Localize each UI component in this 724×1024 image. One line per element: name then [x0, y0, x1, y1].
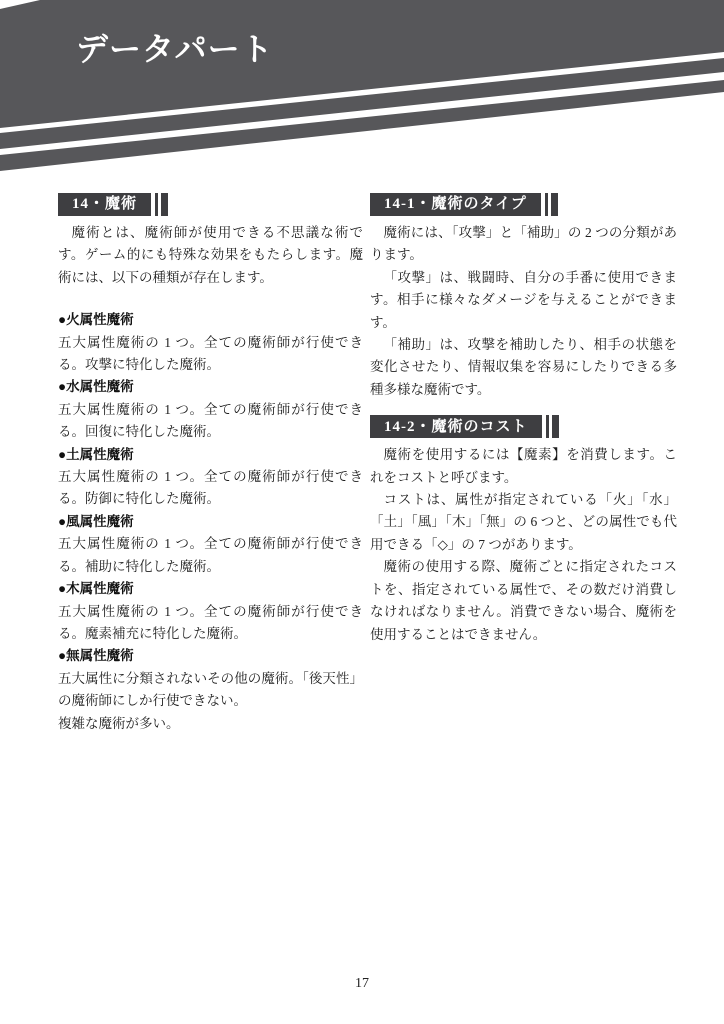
section-14-1-paragraph: 「補助」は、攻撃を補助したり、相手の状態を変化させたり、情報収集を容易にしたりで… — [370, 334, 677, 401]
section-14-2-paragraph: 魔術の使用する際、魔術ごとに指定されたコストを、指定されている属性で、その数だけ… — [370, 556, 677, 646]
section-14-1-heading: 14-1・魔術のタイプ — [370, 193, 677, 216]
heading-bar-thin-icon — [546, 415, 549, 438]
list-item-wood: ●木属性魔術 五大属性魔術の 1 つ。全ての魔術師が行使できる。魔素補充に特化し… — [58, 578, 363, 645]
section-14-2: 14-2・魔術のコスト 魔術を使用するには【魔素】を消費します。これをコストと呼… — [370, 415, 677, 646]
list-item-heading: ●木属性魔術 — [58, 578, 363, 600]
list-item-heading: ●風属性魔術 — [58, 511, 363, 533]
list-item-earth: ●土属性魔術 五大属性魔術の 1 つ。全ての魔術師が行使できる。防御に特化した魔… — [58, 444, 363, 511]
page-title: データパート — [76, 24, 274, 70]
list-item-water: ●水属性魔術 五大属性魔術の 1 つ。全ての魔術師が行使できる。回復に特化した魔… — [58, 376, 363, 443]
section-14: 14・魔術 魔術とは、魔術師が使用できる不思議な術です。ゲーム的にも特殊な効果を… — [58, 193, 363, 289]
list-item-none: ●無属性魔術 五大属性に分類されないその他の魔術。「後天性」の魔術師にしか行使で… — [58, 645, 363, 735]
list-item-heading: ●火属性魔術 — [58, 309, 363, 331]
right-column: 14-1・魔術のタイプ 魔術には、「攻撃」と「補助」の 2 つの分類があります。… — [370, 193, 677, 646]
document-page: データパート 14・魔術 魔術とは、魔術師が使用できる不思議な術です。ゲーム的に… — [0, 0, 724, 1024]
section-14-paragraph: 魔術とは、魔術師が使用できる不思議な術です。ゲーム的にも特殊な効果をもたらします… — [58, 222, 363, 289]
list-item-body: 五大属性魔術の 1 つ。全ての魔術師が行使できる。補助に特化した魔術。 — [58, 533, 363, 578]
page-number: 17 — [0, 976, 724, 992]
list-item-heading: ●土属性魔術 — [58, 444, 363, 466]
list-item-heading: ●水属性魔術 — [58, 376, 363, 398]
heading-bar-thick-icon — [551, 193, 558, 216]
list-item-body: 五大属性魔術の 1 つ。全ての魔術師が行使できる。攻撃に特化した魔術。 — [58, 332, 363, 377]
heading-bar-thick-icon — [552, 415, 559, 438]
section-14-heading: 14・魔術 — [58, 193, 363, 216]
section-14-1-paragraph: 魔術には、「攻撃」と「補助」の 2 つの分類があります。 — [370, 222, 677, 267]
heading-bar-thin-icon — [155, 193, 158, 216]
section-14-2-heading-box: 14-2・魔術のコスト — [370, 415, 542, 438]
section-14-heading-box: 14・魔術 — [58, 193, 151, 216]
section-14-1-heading-box: 14-1・魔術のタイプ — [370, 193, 541, 216]
section-14-1-paragraph: 「攻撃」は、戦闘時、自分の手番に使用できます。相手に様々なダメージを与えることが… — [370, 267, 677, 334]
section-14-1: 14-1・魔術のタイプ 魔術には、「攻撃」と「補助」の 2 つの分類があります。… — [370, 193, 677, 401]
list-item-wind: ●風属性魔術 五大属性魔術の 1 つ。全ての魔術師が行使できる。補助に特化した魔… — [58, 511, 363, 578]
list-item-body: 複雑な魔術が多い。 — [58, 713, 363, 735]
section-14-2-paragraph: 魔術を使用するには【魔素】を消費します。これをコストと呼びます。 — [370, 444, 677, 489]
magic-type-list: ●火属性魔術 五大属性魔術の 1 つ。全ての魔術師が行使できる。攻撃に特化した魔… — [58, 309, 363, 735]
list-item-body: 五大属性魔術の 1 つ。全ての魔術師が行使できる。魔素補充に特化した魔術。 — [58, 601, 363, 646]
list-item-body: 五大属性に分類されないその他の魔術。「後天性」の魔術師にしか行使できない。 — [58, 668, 363, 713]
heading-bar-thick-icon — [161, 193, 168, 216]
list-item-body: 五大属性魔術の 1 つ。全ての魔術師が行使できる。回復に特化した魔術。 — [58, 399, 363, 444]
heading-bar-thin-icon — [545, 193, 548, 216]
section-14-2-paragraph: コストは、属性が指定されている「火」「水」「土」「風」「木」「無」の 6 つと、… — [370, 489, 677, 556]
list-item-body: 五大属性魔術の 1 つ。全ての魔術師が行使できる。防御に特化した魔術。 — [58, 466, 363, 511]
section-14-2-heading: 14-2・魔術のコスト — [370, 415, 677, 438]
page-banner: データパート — [0, 0, 724, 185]
list-item-heading: ●無属性魔術 — [58, 645, 363, 667]
list-item-fire: ●火属性魔術 五大属性魔術の 1 つ。全ての魔術師が行使できる。攻撃に特化した魔… — [58, 309, 363, 376]
left-column: 14・魔術 魔術とは、魔術師が使用できる不思議な術です。ゲーム的にも特殊な効果を… — [58, 193, 363, 735]
